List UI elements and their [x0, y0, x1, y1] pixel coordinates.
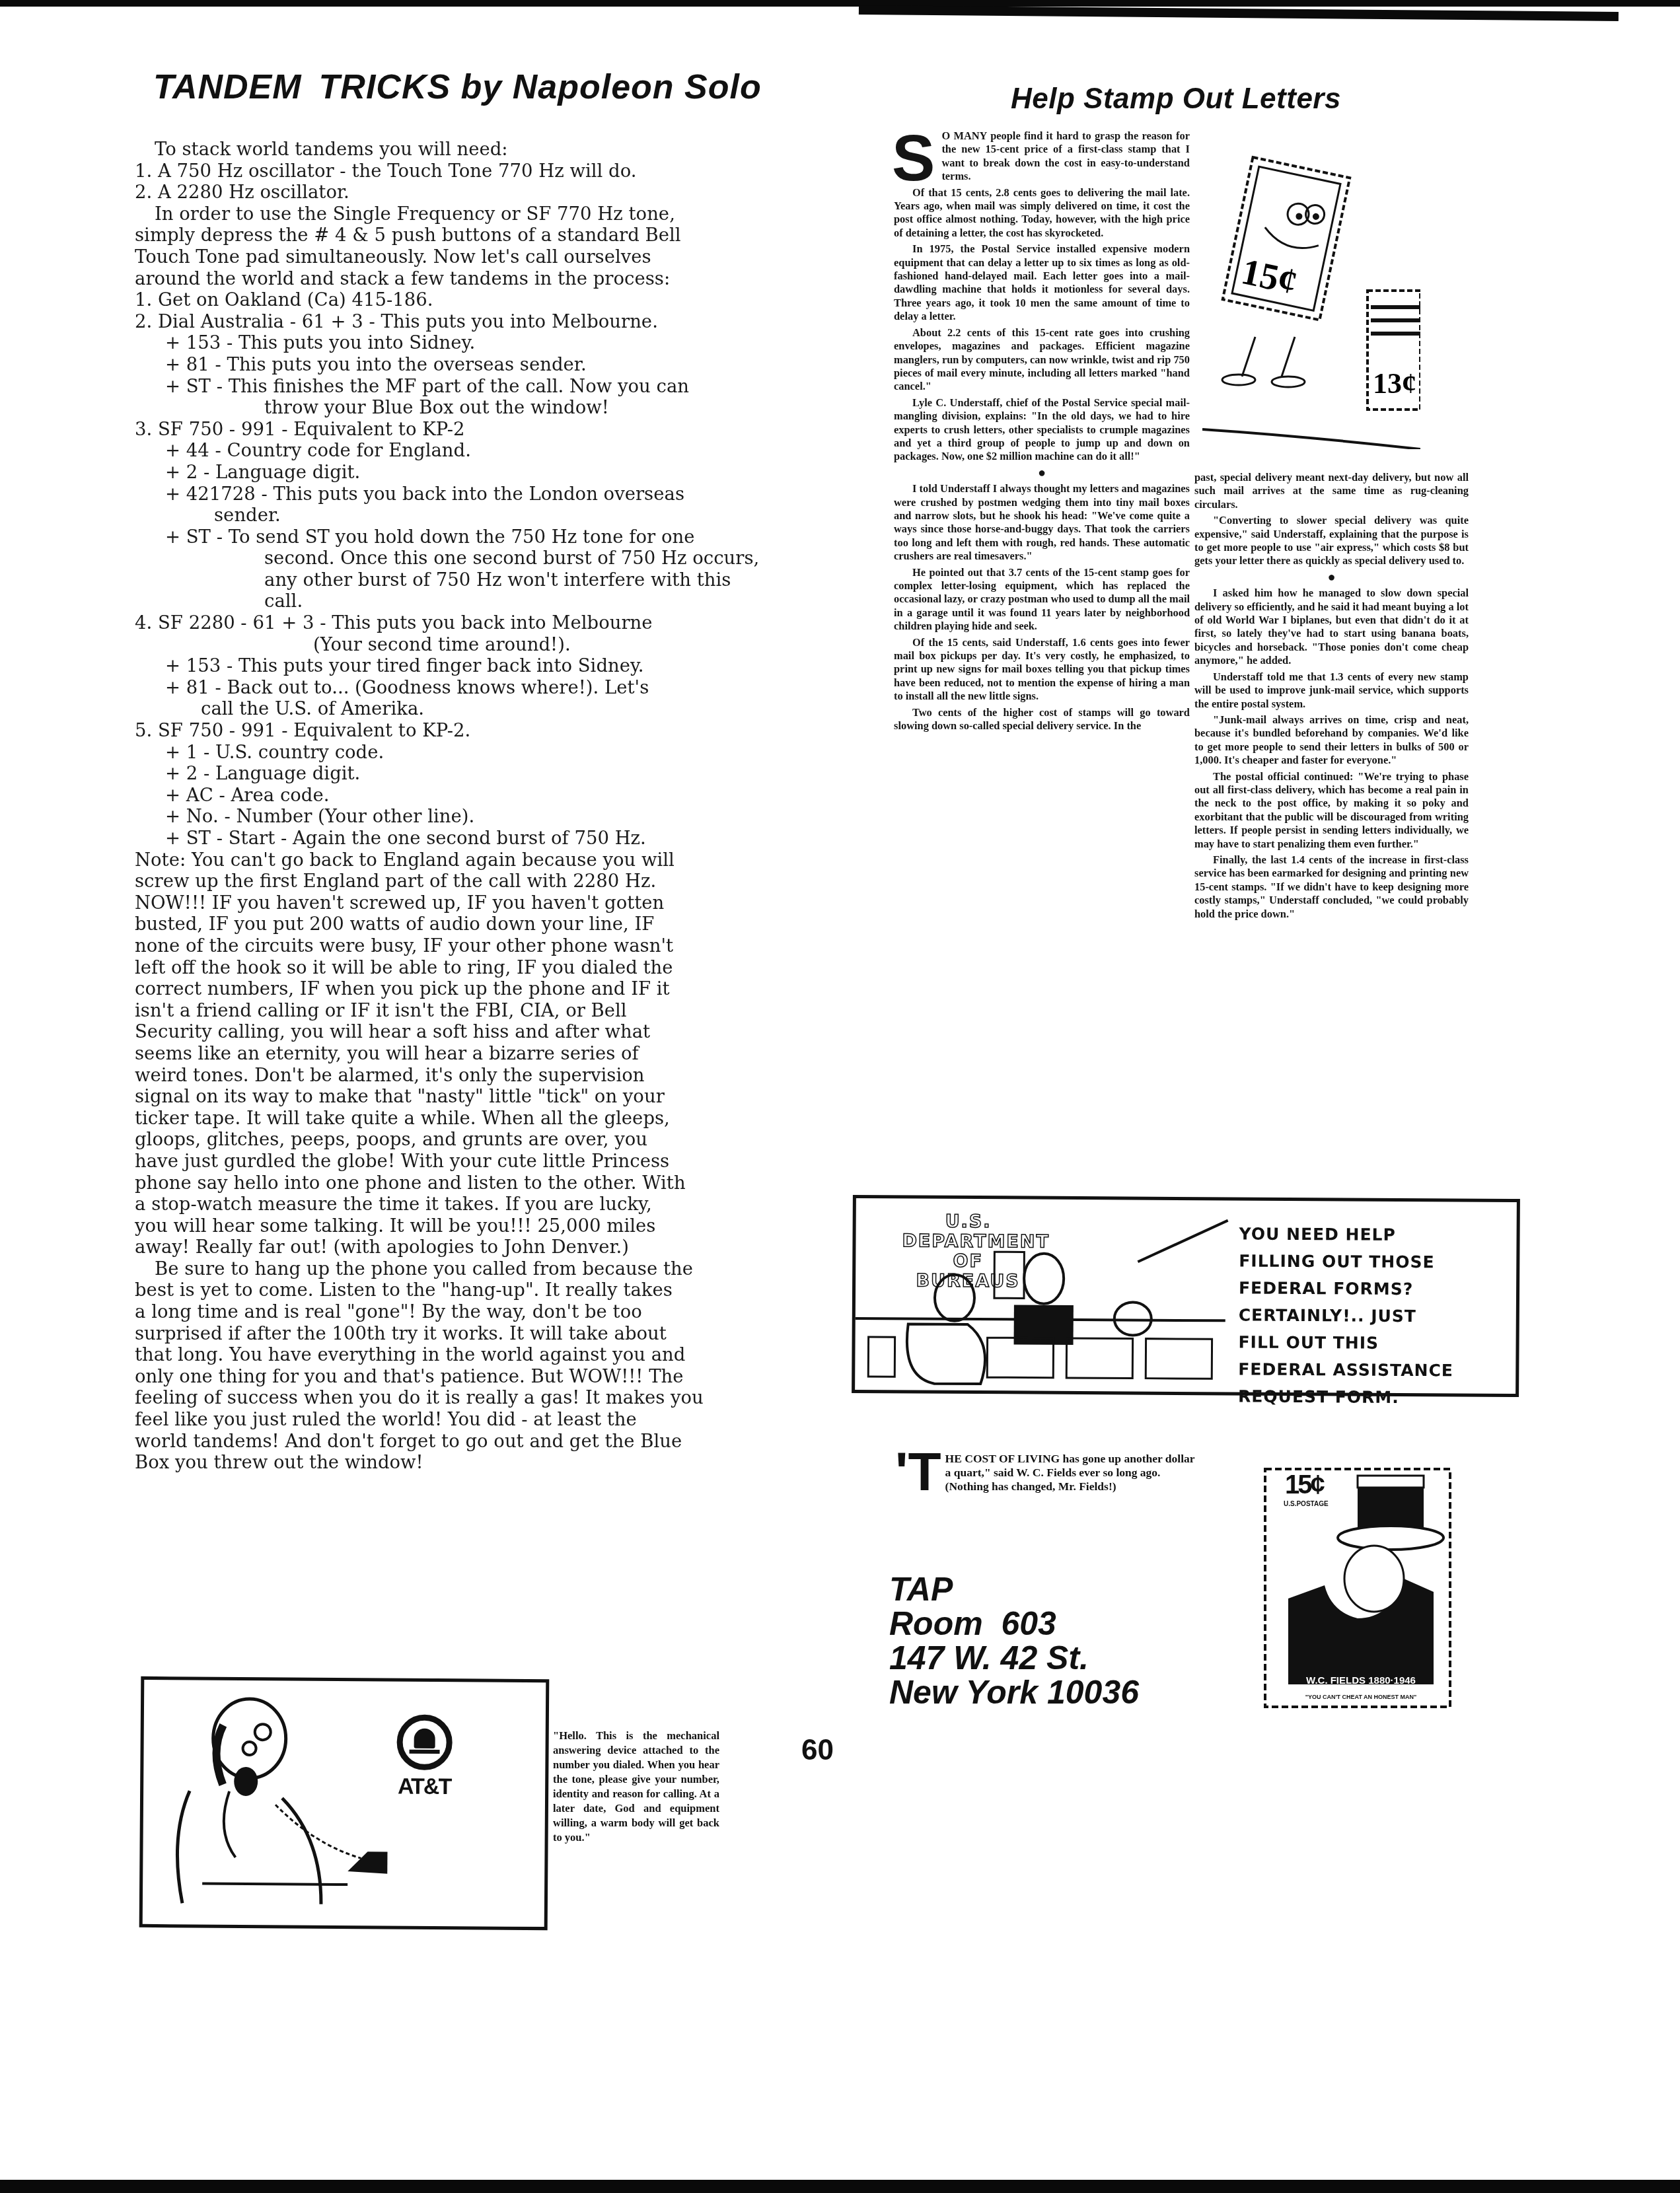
- text-line: feeling of success when you do it is rea…: [135, 1387, 828, 1409]
- wc-fields-stamp: 15¢ U.S.POSTAGE W.C. FIELDS 1880·1946 "Y…: [1259, 1466, 1457, 1711]
- text-line: isn't a friend calling or IF it isn't th…: [135, 1000, 828, 1022]
- text-line: 5. SF 750 - 991 - Equivalent to KP-2.: [135, 720, 828, 742]
- text-line: + 2 - Language digit.: [135, 462, 828, 484]
- drop-cap: S: [892, 131, 935, 185]
- stamp-postage: U.S.POSTAGE: [1284, 1501, 1329, 1508]
- text-line: + 2 - Language digit.: [135, 763, 828, 785]
- article-column-2: past, special delivery meant next-day de…: [1194, 471, 1469, 923]
- text-line: + 44 - Country code for England.: [135, 440, 828, 462]
- tap-address: TAPRoom 603147 W. 42 St.New York 10036: [889, 1572, 1139, 1709]
- address-line: Room 603: [889, 1606, 1139, 1641]
- text-line: feel like you just ruled the world! You …: [135, 1409, 828, 1431]
- address-line: 147 W. 42 St.: [889, 1641, 1139, 1675]
- stamp-out-letters-title: Help Stamp Out Letters: [1011, 83, 1341, 116]
- text-line: + ST - This finishes the MF part of the …: [135, 376, 828, 398]
- text-line: busted, IF you put 200 watts of audio do…: [135, 914, 828, 935]
- text-line: seems like an eternity, you will hear a …: [135, 1043, 828, 1065]
- text-line: any other burst of 750 Hz won't interfer…: [135, 569, 828, 591]
- text-line: phone say hello into one phone and liste…: [135, 1172, 828, 1194]
- text-line: + 81 - Back out to... (Goodness knows wh…: [135, 677, 828, 699]
- speech-line: federal forms?: [1239, 1274, 1503, 1303]
- att-caption: "Hello. This is the mechanical answering…: [553, 1729, 719, 1845]
- title-part1: TANDEM: [153, 68, 302, 106]
- text-line: sender.: [135, 505, 828, 526]
- att-cartoon: AT&T: [139, 1676, 550, 1930]
- paragraph: He pointed out that 3.7 cents of the 15-…: [894, 566, 1190, 633]
- text-line: + 1 - U.S. country code.: [135, 742, 828, 764]
- text-line: have just gurdled the globe! With your c…: [135, 1151, 828, 1172]
- bureau-cartoon: U.S. DEPARTMENT OF BUREAUS You need help…: [852, 1195, 1520, 1397]
- speech-line: filling out those: [1239, 1247, 1503, 1276]
- man-on-phone-illustration: [149, 1685, 389, 1925]
- text-line: you will hear some talking. It will be y…: [135, 1215, 828, 1237]
- stamp-value: 15¢: [1285, 1470, 1323, 1500]
- att-logo-text: AT&T: [388, 1774, 460, 1800]
- drop-cap: 'T: [895, 1452, 941, 1493]
- text-line: throw your Blue Box out the window!: [135, 397, 828, 419]
- text-line: In order to use the Single Frequency or …: [135, 203, 828, 225]
- text-line: To stack world tandems you will need:: [135, 139, 828, 161]
- paragraph: O MANY people find it hard to grasp the …: [894, 129, 1190, 184]
- article-column-1: S O MANY people find it hard to grasp th…: [894, 129, 1190, 735]
- text-line: world tandems! And don't forget to go ou…: [135, 1431, 828, 1453]
- paragraph: Finally, the last 1.4 cents of the incre…: [1194, 853, 1469, 921]
- text-line: 2. Dial Australia - 61 + 3 - This puts y…: [135, 311, 828, 333]
- text-line: Note: You can't go back to England again…: [135, 849, 828, 871]
- text-line: around the world and stack a few tandems…: [135, 268, 828, 290]
- paragraph: Two cents of the higher cost of stamps w…: [894, 706, 1190, 733]
- text-line: correct numbers, IF when you pick up the…: [135, 978, 828, 1000]
- speech-line: fill out this: [1238, 1328, 1502, 1357]
- text-line: NOW!!! IF you haven't screwed up, IF you…: [135, 892, 828, 914]
- section-bullet: ●: [894, 466, 1190, 480]
- svg-text:13¢: 13¢: [1373, 367, 1416, 400]
- text-line: ticker tape. It will take quite a while.…: [135, 1108, 828, 1130]
- text-line: 4. SF 2280 - 61 + 3 - This puts you back…: [135, 612, 828, 634]
- text-line: 1. Get on Oakland (Ca) 415-186.: [135, 289, 828, 311]
- text-line: away! Really far out! (with apologies to…: [135, 1237, 828, 1258]
- text-line: a long time and is real "gone"! By the w…: [135, 1301, 828, 1323]
- text-line: surprised if after the 100th try it work…: [135, 1323, 828, 1345]
- speech-line: You need help: [1239, 1220, 1503, 1248]
- paragraph: "Junk-mail always arrives on time, crisp…: [1194, 713, 1469, 768]
- text-line: Box you threw out the window!: [135, 1452, 828, 1474]
- text-line: only one thing for you and that's patien…: [135, 1366, 828, 1388]
- scan-edge-top: [0, 0, 1680, 7]
- title-part2: TRICKS: [319, 68, 451, 106]
- text-line: + 153 - This puts your tired finger back…: [135, 655, 828, 677]
- speech-balloon-text: You need helpfilling out thosefederal fo…: [1238, 1220, 1504, 1411]
- wc-fields-quote: 'T HE COST OF LIVING has gone up another…: [895, 1452, 1199, 1493]
- stamp-motto: "YOU CAN'T CHEAT AN HONEST MAN": [1281, 1694, 1441, 1700]
- text-line: + 421728 - This puts you back into the L…: [135, 484, 828, 505]
- text-line: + ST - Start - Again the one second burs…: [135, 828, 828, 849]
- speech-line: federal assistance: [1238, 1355, 1502, 1384]
- paragraph: About 2.2 cents of this 15-cent rate goe…: [894, 326, 1190, 394]
- office-clerks-illustration: [855, 1225, 1226, 1392]
- text-line: that long. You have everything in the wo…: [135, 1344, 828, 1366]
- text-line: best is yet to come. Listen to the "hang…: [135, 1279, 828, 1301]
- quote-text: HE COST OF LIVING has gone up another do…: [945, 1452, 1195, 1493]
- paragraph: Of the 15 cents, said Understaff, 1.6 ce…: [894, 636, 1190, 703]
- speech-line: Certainly!.. just: [1239, 1301, 1503, 1330]
- speech-line: request form.: [1238, 1383, 1502, 1411]
- paragraph: I told Understaff I always thought my le…: [894, 482, 1190, 563]
- paragraph: I asked him how he managed to slow down …: [1194, 587, 1469, 667]
- address-line: TAP: [889, 1572, 1139, 1606]
- text-line: screw up the first England part of the c…: [135, 871, 828, 892]
- text-line: (Your second time around!).: [135, 634, 828, 656]
- text-line: Touch Tone pad simultaneously. Now let's…: [135, 246, 828, 268]
- text-line: call.: [135, 591, 828, 612]
- text-line: a stop-watch measure the time it takes. …: [135, 1194, 828, 1215]
- text-line: none of the circuits were busy, IF your …: [135, 935, 828, 957]
- paragraph: Of that 15 cents, 2.8 cents goes to deli…: [894, 186, 1190, 240]
- paragraph: In 1975, the Postal Service installed ex…: [894, 242, 1190, 323]
- text-line: second. Once this one second burst of 75…: [135, 548, 828, 569]
- text-line: 3. SF 750 - 991 - Equivalent to KP-2: [135, 419, 828, 441]
- text-line: call the U.S. of Amerika.: [135, 698, 828, 720]
- paragraph: Lyle C. Understaff, chief of the Postal …: [894, 396, 1190, 464]
- text-line: + No. - Number (Your other line).: [135, 806, 828, 828]
- text-line: left off the hook so it will be able to …: [135, 957, 828, 979]
- tandem-tricks-body: To stack world tandems you will need:1. …: [135, 139, 828, 1474]
- text-line: 1. A 750 Hz oscillator - the Touch Tone …: [135, 161, 828, 182]
- text-line: weird tones. Don't be alarmed, it's only…: [135, 1065, 828, 1087]
- paragraph: Understaff told me that 1.3 cents of eve…: [1194, 670, 1469, 711]
- text-line: signal on its way to make that "nasty" l…: [135, 1086, 828, 1108]
- walking-stamps-illustration: 15¢ 13¢: [1202, 139, 1420, 449]
- scan-edge-bottom: [0, 2180, 1680, 2193]
- text-line: + 153 - This puts you into Sidney.: [135, 332, 828, 354]
- paragraph: The postal official continued: "We're tr…: [1194, 770, 1469, 851]
- address-line: New York 10036: [889, 1675, 1139, 1709]
- paragraph: past, special delivery meant next-day de…: [1194, 471, 1469, 511]
- stamp-label: W.C. FIELDS 1880·1946: [1288, 1675, 1434, 1686]
- att-logo: AT&T: [388, 1714, 461, 1800]
- scan-edge-top-right: [859, 5, 1619, 21]
- text-line: + ST - To send ST you hold down the 750 …: [135, 526, 828, 548]
- text-line: + 81 - This puts you into the overseas s…: [135, 354, 828, 376]
- section-bullet: ●: [1194, 571, 1469, 584]
- paragraph: "Converting to slower special delivery w…: [1194, 514, 1469, 568]
- page-number: 60: [801, 1734, 834, 1767]
- text-line: 2. A 2280 Hz oscillator.: [135, 182, 828, 203]
- byline: by Napoleon Solo: [461, 68, 762, 106]
- text-line: Security calling, you will hear a soft h…: [135, 1021, 828, 1043]
- text-line: + AC - Area code.: [135, 785, 828, 807]
- bell-icon: [396, 1715, 453, 1771]
- text-line: gloops, glitches, peeps, poops, and grun…: [135, 1129, 828, 1151]
- text-line: Be sure to hang up the phone you called …: [135, 1258, 828, 1280]
- text-line: simply depress the # 4 & 5 push buttons …: [135, 225, 828, 246]
- tandem-tricks-title: TANDEMTRICKS by Napoleon Solo: [153, 67, 762, 107]
